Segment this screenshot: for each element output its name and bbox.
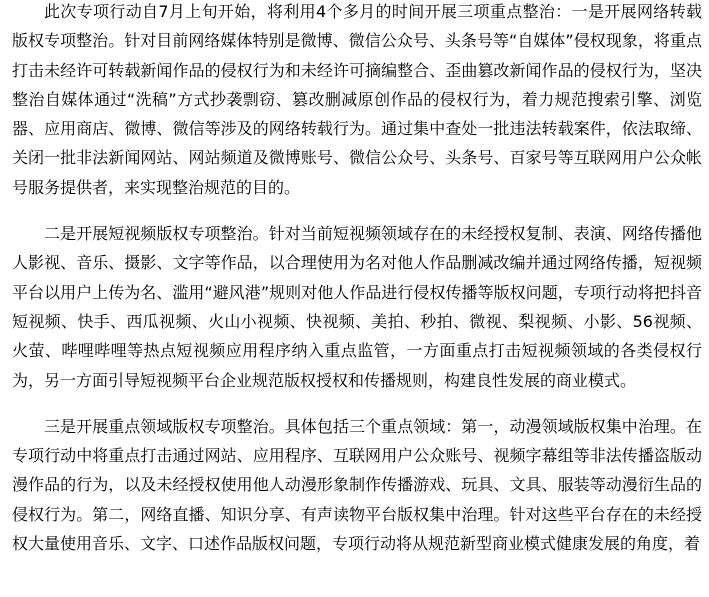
paragraph-short-video: 二是开展短视频版权专项整治。针对当前短视频领域存在的未经授权复制、表演、网络传播… [12,219,702,395]
article-body: 此次专项行动自7月上旬开始，将利用4个多月的时间开展三项重点整治：一是开展网络转… [12,0,702,575]
paragraph-network-reprint: 此次专项行动自7月上旬开始，将利用4个多月的时间开展三项重点整治：一是开展网络转… [12,0,702,202]
paragraph-key-areas: 三是开展重点领域版权专项整治。具体包括三个重点领域：第一，动漫领域版权集中治理。… [12,412,702,558]
